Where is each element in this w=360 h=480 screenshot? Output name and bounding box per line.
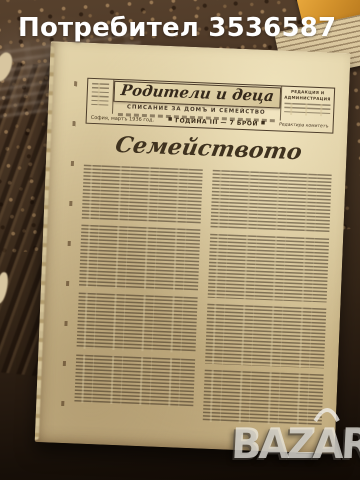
body-column-left [74,165,203,428]
watermark-letters: BAZ [230,419,314,468]
illegible-paragraph [208,234,329,303]
admin-line: АДМИНИСТРАЦИЯ [284,95,331,103]
illegible-paragraph [205,304,326,369]
watermark-letters: R [340,419,360,468]
body-column-right [202,170,331,433]
square-ornament-icon: ■ [168,118,172,123]
illegible-fine-print [91,83,108,106]
newspaper-content: Родители и деца СПИСАНИЕ ЗА ДОМЪ И СЕМЕЙ… [74,78,336,430]
illegible-paragraph [77,293,198,354]
illegible-paragraph [210,170,331,233]
square-ornament-icon: ■ [261,122,265,127]
listing-photo: Родители и деца СПИСАНИЕ ЗА ДОМЪ И СЕМЕЙ… [0,0,360,480]
masthead-admin-info: РЕДАКЦИЯ И АДМИНИСТРАЦИЯ [279,86,334,122]
article-body [74,165,332,433]
illegible-paragraph [79,225,200,292]
editor-credit: Редактира комитетъ [279,122,329,129]
illegible-paragraph [74,354,195,407]
bazar-watermark: BAZAR [230,419,360,468]
illegible-paragraph [82,165,203,224]
illegible-paragraph [203,370,324,427]
magazine-title: Родители и деца [119,83,274,105]
article-headline: Семейството [83,133,335,165]
binding-stitches [61,81,77,417]
illegible-fine-print [284,103,331,117]
bag-handle-icon [312,406,341,422]
newspaper-photo: Родители и деца СПИСАНИЕ ЗА ДОМЪ И СЕМЕЙ… [35,41,351,454]
masthead-subscription-info [87,79,114,114]
watermark-letter-a: A [312,419,342,468]
seller-caption: Потребител 3536587 [18,13,336,43]
masthead-box: Родители и деца СПИСАНИЕ ЗА ДОМЪ И СЕМЕЙ… [86,78,336,134]
